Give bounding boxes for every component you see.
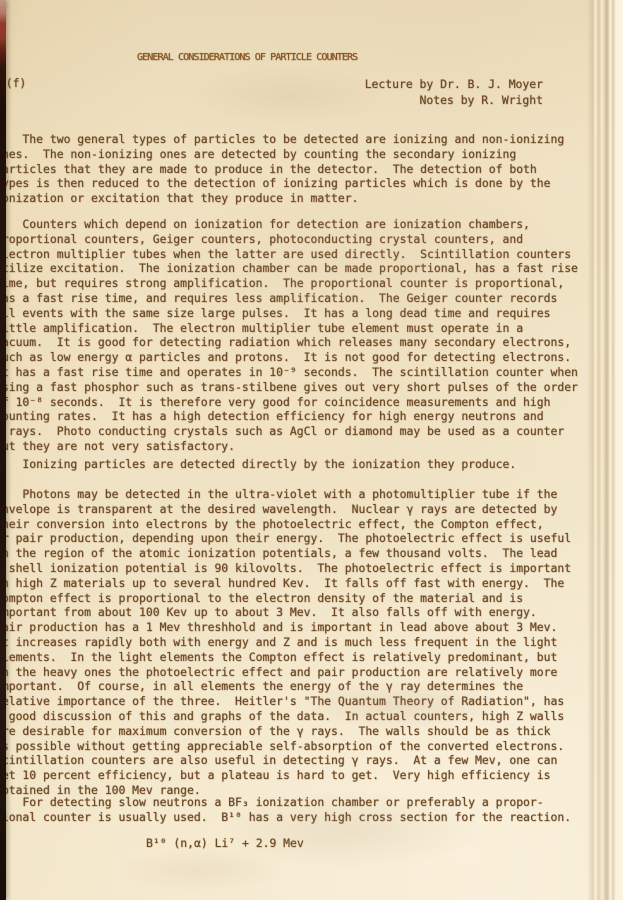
paragraph-ionizing-particles: Ionizing particles are detected directly…	[0, 457, 516, 472]
scanned-document-page: GENERAL CONSIDERATIONS OF PARTICLE COUNT…	[0, 0, 623, 900]
paragraph-photons: Photons may be detected in the ultra-vio…	[0, 487, 571, 798]
paragraph-slow-neutrons: For detecting slow neutrons a BF₃ ioniza…	[0, 795, 571, 825]
byline: Lecture by Dr. B. J. Moyer Notes by R. W…	[365, 77, 543, 108]
page-title: GENERAL CONSIDERATIONS OF PARTICLE COUNT…	[137, 51, 357, 66]
paragraph-counter-types: Counters which depend on ionization for …	[0, 217, 578, 454]
reaction-equation: B¹⁰ (n,α) Li⁷ + 2.9 Mev	[146, 836, 304, 851]
paragraph-particle-types: The two general types of particles to be…	[0, 132, 564, 206]
binding-edge	[0, 0, 6, 900]
page-stack-edge	[587, 0, 623, 900]
